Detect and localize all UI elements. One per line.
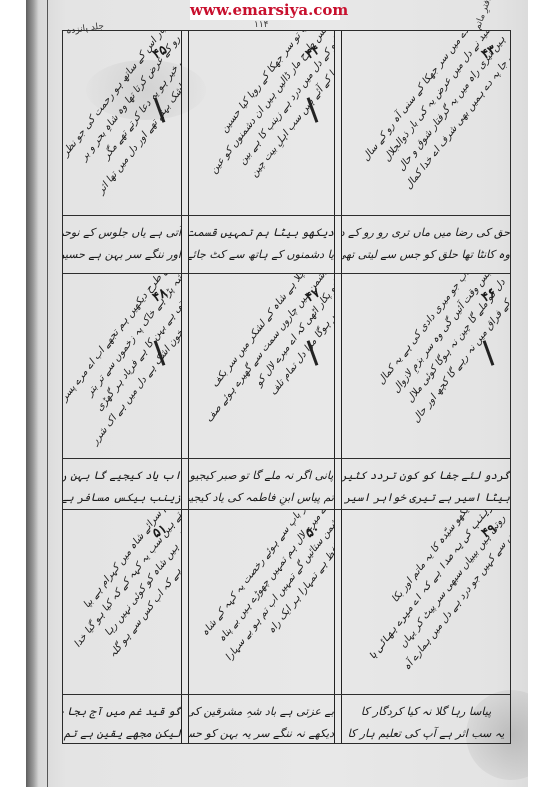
- couplet-band: بے عزتی ہے باد شہِ مشرقین کیدیکھے نہ ننگ…: [189, 695, 334, 749]
- stanza-text: گر یا تو سر جھکا کے رویا کیا حسینکس طرح …: [189, 31, 334, 215]
- header-note-right: دفترِ ماتم: [473, 0, 494, 31]
- stanza-text: بیمار باپ سے ہوئے رخصت یہ کہہ کے شاہاے م…: [189, 510, 334, 694]
- book-spine: [26, 0, 38, 787]
- stanza-block: ۴۵ اک بار اس کے ساتھ ہو رحمت کی جو نظررو…: [63, 31, 181, 215]
- stanza-text: اک بار اس کے ساتھ ہو رحمت کی جو نظررو رو…: [63, 31, 181, 215]
- stanza-text: ماتم سرائے شاہ میں کہرام ہے بپاروتے ہیں …: [63, 510, 181, 694]
- stanza-block: ۵۰ بیمار باپ سے ہوئے رخصت یہ کہہ کے شاہا…: [189, 510, 334, 694]
- stanza-text: بیٹا چلا ہے شاہ کے لشکر میں سر بکفدشمن ہ…: [189, 274, 334, 458]
- stanza-block: ۴۸ کس طرح دیکھیں ہم تجھے اب اے مرے پسرلا…: [63, 274, 181, 458]
- stanza-block: ۴۳ سجدے میں سر جھکا کے سنی آہ رو کے سالس…: [342, 31, 510, 215]
- couplet-band: گو قید غم میں آج بجا حال تباہ ہولیکن مجھ…: [63, 695, 181, 749]
- stanza-text: سجدے میں سر جھکا کے سنی آہ رو کے سالسید …: [342, 31, 510, 215]
- couplet-band: پیاسا رہا گلا نہ کیا کردگار کایہ سب اثر …: [342, 695, 510, 749]
- stanza-block: ۴۶ اور اب جو میری دادی کی ہے یہ کمالجس و…: [342, 274, 510, 458]
- facing-page-margin: [38, 0, 48, 787]
- stanza-text: کس طرح دیکھیں ہم تجھے اب اے مرے پسرلاشہ …: [63, 274, 181, 458]
- watermark-link: www.emarsiya.com: [190, 0, 340, 20]
- couplet-band: پانی اگر نہ ملے گا تو صبر کیجیوتم پیاس ا…: [189, 459, 334, 515]
- stanza-grid: ۴۳ سجدے میں سر جھکا کے سنی آہ رو کے سالس…: [62, 30, 511, 744]
- couplet-band: گردو لئے جفا کو کون تردد کثیر ہےبیٹا اسی…: [342, 459, 510, 515]
- stanza-block: ۴۷ بیٹا چلا ہے شاہ کے لشکر میں سر بکفدشم…: [189, 274, 334, 458]
- stanza-text: اور اب جو میری دادی کی ہے یہ کمالجس وقت …: [342, 274, 510, 458]
- column-divider: [334, 31, 335, 743]
- stanza-text: یہ دیکھو سیّدہ کا یہ ماتم اور بکازینب کی…: [342, 510, 510, 694]
- stanza-block: ۵۱ ماتم سرائے شاہ میں کہرام ہے بپاروتے ہ…: [63, 510, 181, 694]
- couplet-band: دیکھو بیٹا ہم تمہیں قسمت کہاں ہوایا دشمن…: [189, 216, 334, 279]
- column-divider: [181, 31, 182, 743]
- couplet-band: اب یاد کیجیے گا بہن رہ گئی ہےزینب بیکس م…: [63, 459, 181, 515]
- page-number: ۱۱۴: [254, 20, 269, 30]
- couplet-band: آتی ہے یاں جلوس کے نوحہ بہ پیہاور ننگے س…: [63, 216, 181, 279]
- stanza-block: ۴۴ گر یا تو سر جھکا کے رویا کیا حسینکس ط…: [189, 31, 334, 215]
- stanza-block: ۴۹ یہ دیکھو سیّدہ کا یہ ماتم اور بکازینب…: [342, 510, 510, 694]
- manuscript-scan: جلد پانزدہ دفترِ ماتم ۱۱۴ ۴۳ سجدے میں سر…: [26, 0, 528, 787]
- couplet-band: حق کی رضا میں ماں تری رو رو کے دیتی تھیو…: [342, 216, 510, 279]
